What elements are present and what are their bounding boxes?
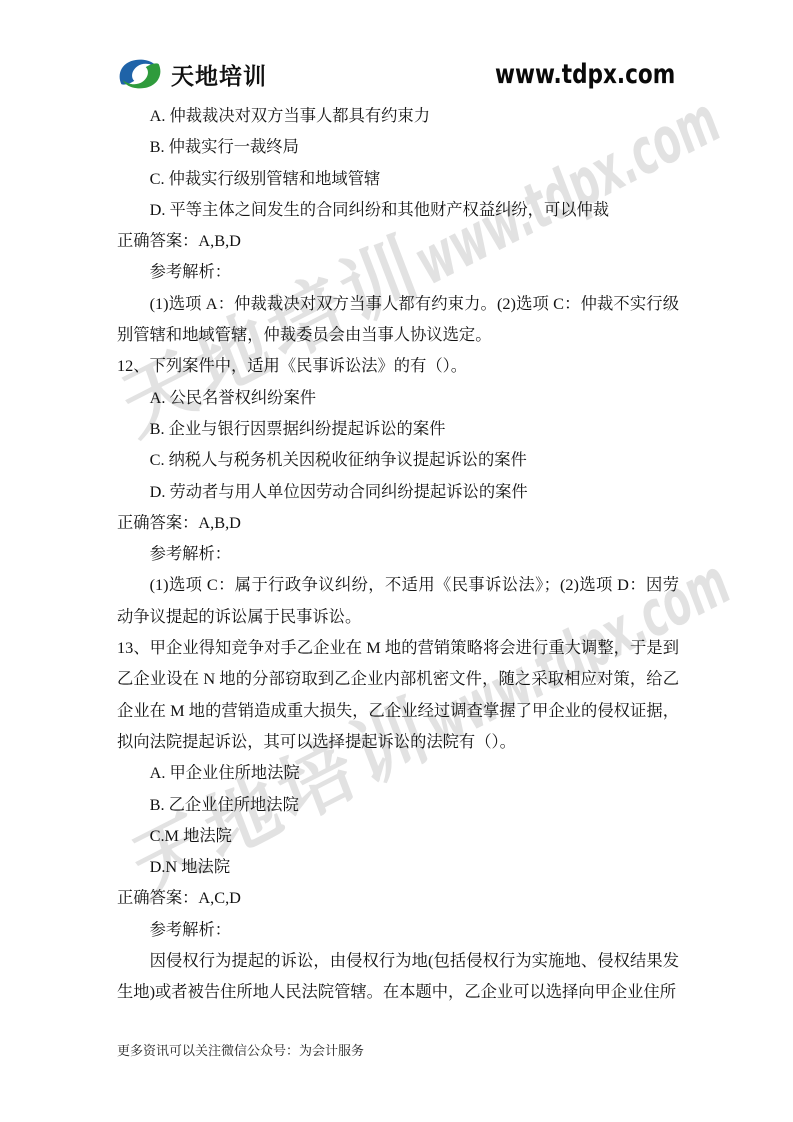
- option-line: C. 纳税人与税务机关因税收征纳争议提起诉讼的案件: [117, 444, 679, 475]
- question-line: 12、下列案件中，适用《民事诉讼法》的有（）。: [117, 350, 679, 381]
- label-line: 参考解析：: [117, 256, 679, 287]
- label-line: 参考解析：: [117, 538, 679, 569]
- para-line: (1)选项 C：属于行政争议纠纷，不适用《民事诉讼法》；(2)选项 D：因劳动争…: [117, 569, 679, 632]
- site-url-text: www.tdpx.com: [495, 59, 675, 90]
- exam-content: A. 仲裁裁决对双方当事人都具有约束力B. 仲裁实行一裁终局C. 仲裁实行级别管…: [117, 100, 679, 1008]
- question-line: 13、甲企业得知竞争对手乙企业在 M 地的营销策略将会进行重大调整，于是到乙企业…: [117, 632, 679, 757]
- option-line: A. 公民名誉权纠纷案件: [117, 382, 679, 413]
- option-line: A. 仲裁裁决对双方当事人都具有约束力: [117, 100, 679, 131]
- para-line: 因侵权行为提起的诉讼，由侵权行为地(包括侵权行为实施地、侵权结果发生地)或者被告…: [117, 945, 679, 1008]
- page-header: 天地培训 www.tdpx.com: [117, 52, 675, 96]
- option-line: B. 仲裁实行一裁终局: [117, 131, 679, 162]
- option-line: D.N 地法院: [117, 851, 679, 882]
- option-line: B. 企业与银行因票据纠纷提起诉讼的案件: [117, 413, 679, 444]
- page-footer: 更多资讯可以关注微信公众号：为会计服务: [117, 1040, 364, 1059]
- para-line: (1)选项 A：仲裁裁决对双方当事人都有约束力。(2)选项 C：仲裁不实行级别管…: [117, 288, 679, 351]
- option-line: B. 乙企业住所地法院: [117, 789, 679, 820]
- footer-note: 更多资讯可以关注微信公众号：为会计服务: [117, 1043, 364, 1058]
- answer-line: 正确答案：A,B,D: [117, 507, 679, 538]
- option-line: C. 仲裁实行级别管辖和地域管辖: [117, 163, 679, 194]
- tiandi-logo: 天地培训: [117, 55, 267, 93]
- option-line: D. 劳动者与用人单位因劳动合同纠纷提起诉讼的案件: [117, 476, 679, 507]
- tiandi-swirl-logo-icon: [117, 55, 163, 93]
- logo-brand-text: 天地培训: [171, 58, 267, 91]
- option-line: A. 甲企业住所地法院: [117, 757, 679, 788]
- answer-line: 正确答案：A,C,D: [117, 882, 679, 913]
- option-line: C.M 地法院: [117, 820, 679, 851]
- option-line: D. 平等主体之间发生的合同纠纷和其他财产权益纠纷，可以仲裁: [117, 194, 679, 225]
- answer-line: 正确答案：A,B,D: [117, 225, 679, 256]
- document-page: 天地培训www.tdpx.com 天地培训www.tdpx.com 天地培训 w…: [0, 0, 793, 1122]
- label-line: 参考解析：: [117, 914, 679, 945]
- content-lines: A. 仲裁裁决对双方当事人都具有约束力B. 仲裁实行一裁终局C. 仲裁实行级别管…: [117, 100, 679, 1008]
